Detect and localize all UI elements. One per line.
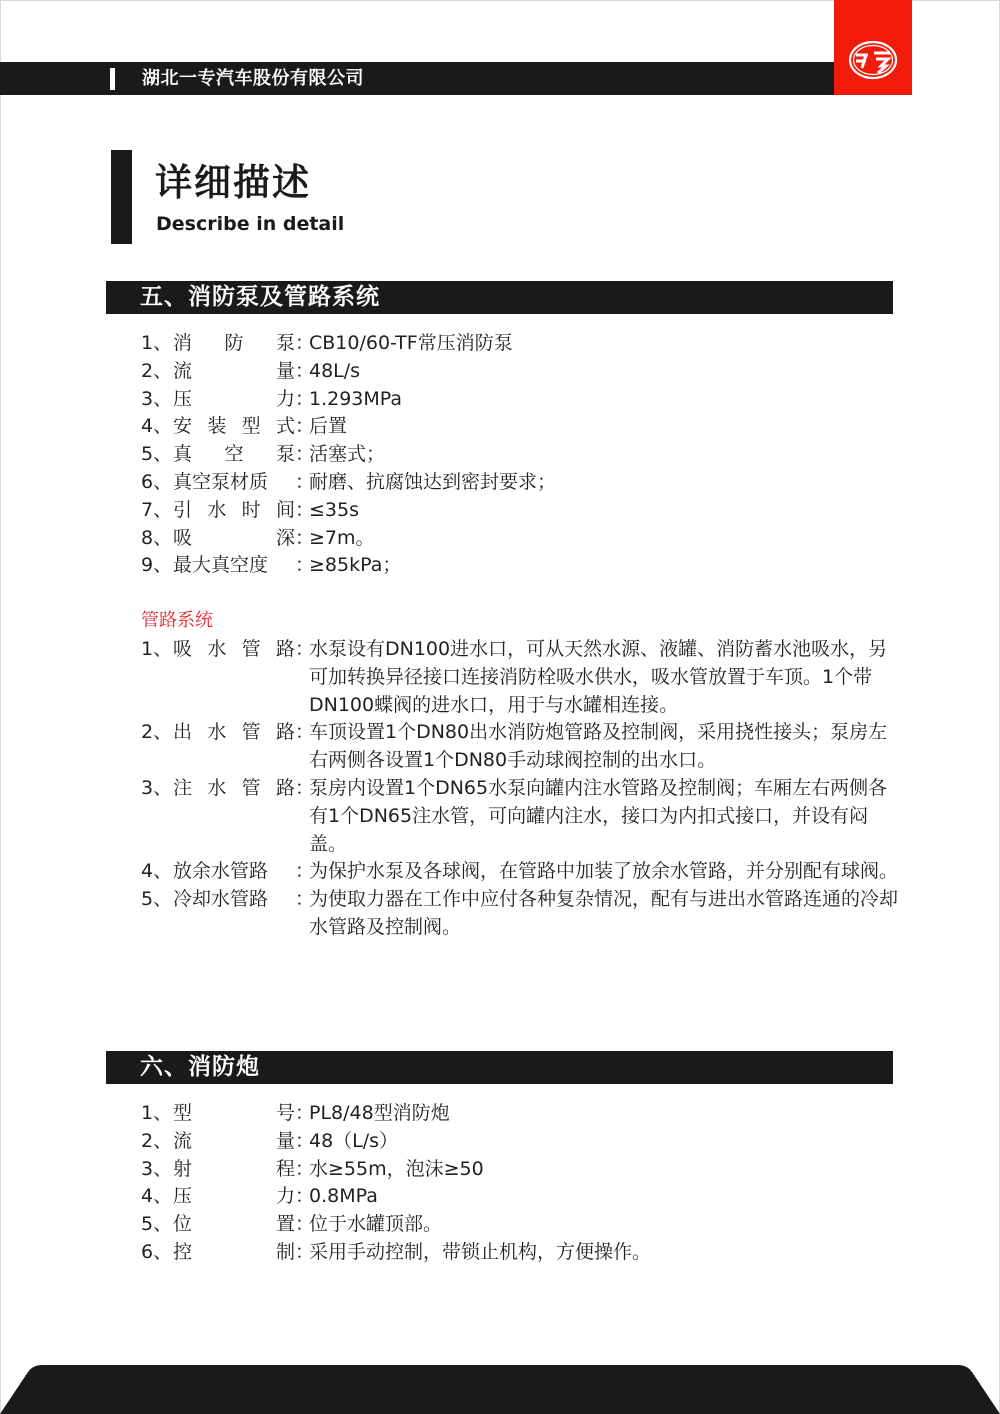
spec-label-char: 制 xyxy=(276,1239,295,1267)
spec-number: 6、 xyxy=(141,1239,173,1267)
spec-value: 活塞式； xyxy=(309,441,385,469)
spec-label: 压力 xyxy=(173,1183,295,1211)
spec-number: 6、 xyxy=(141,469,173,497)
spec-label-char: 流 xyxy=(173,1128,192,1156)
spec-row: 3、注水管路：泵房内设置1个DN65水泵向罐内注水管路及控制阀；车厢左右两侧各有… xyxy=(141,775,903,858)
spec-label-char: 位 xyxy=(173,1211,192,1239)
spec-number: 1、 xyxy=(141,636,173,719)
spec-label: 型号 xyxy=(173,1100,295,1128)
spec-value: 1.293MPa xyxy=(309,386,402,414)
spec-label-char: 防 xyxy=(224,330,243,358)
spec-colon: ： xyxy=(295,886,309,942)
spec-colon: ： xyxy=(295,636,309,719)
spec-value: 水≥55m，泡沫≥50 xyxy=(309,1156,484,1184)
spec-row: 2、流量：48（L/s） xyxy=(141,1128,651,1156)
spec-row: 3、射程：水≥55m，泡沫≥50 xyxy=(141,1156,651,1184)
spec-label-char: 泵 xyxy=(276,330,295,358)
spec-label-char: 型 xyxy=(173,1100,192,1128)
spec-label-char: 消 xyxy=(173,330,192,358)
section-heading-fire-cannon: 六、消防炮 xyxy=(106,1051,893,1084)
spec-label-char: 力 xyxy=(276,1183,295,1211)
spec-label-char: 程 xyxy=(276,1156,295,1184)
page-subtitle: Describe in detail xyxy=(156,211,344,237)
spec-label-char: 间 xyxy=(276,497,295,525)
spec-label-char: 放余水管路 xyxy=(173,858,268,886)
spec-colon: ： xyxy=(295,497,309,525)
pipe-system-heading: 管路系统 xyxy=(141,609,213,633)
spec-number: 4、 xyxy=(141,413,173,441)
spec-colon: ： xyxy=(295,441,309,469)
spec-colon: ： xyxy=(295,469,309,497)
logo-block xyxy=(834,0,912,95)
spec-label-char: 冷却水管路 xyxy=(173,886,268,942)
spec-value: CB10/60-TF常压消防泵 xyxy=(309,330,513,358)
page-title: 详细描述 xyxy=(155,160,311,206)
spec-number: 2、 xyxy=(141,719,173,775)
spec-value: 水泵设有DN100进水口，可从天然水源、液罐、消防蓄水池吸水，另可加转换异径接口… xyxy=(309,636,903,719)
spec-number: 5、 xyxy=(141,886,173,942)
spec-value: 48（L/s） xyxy=(309,1128,398,1156)
spec-row: 1、吸水管路：水泵设有DN100进水口，可从天然水源、液罐、消防蓄水池吸水，另可… xyxy=(141,636,903,719)
pump-spec-list: 1、消防泵：CB10/60-TF常压消防泵2、流量：48L/s3、压力：1.29… xyxy=(141,330,556,580)
spec-value: ≥85kPa； xyxy=(309,552,401,580)
spec-label-char: 号 xyxy=(276,1100,295,1128)
spec-label-char: 型 xyxy=(242,413,261,441)
spec-row: 7、引水时间：≤35s xyxy=(141,497,556,525)
spec-colon: ： xyxy=(295,1156,309,1184)
spec-label: 最大真空度 xyxy=(173,552,295,580)
spec-number: 2、 xyxy=(141,358,173,386)
spec-number: 2、 xyxy=(141,1128,173,1156)
spec-label: 真空泵 xyxy=(173,441,295,469)
spec-label-char: 吸 xyxy=(173,636,192,719)
spec-row: 6、真空泵材质：耐磨、抗腐蚀达到密封要求； xyxy=(141,469,556,497)
company-name: 湖北一专汽车股份有限公司 xyxy=(142,67,364,91)
spec-value: 0.8MPa xyxy=(309,1183,378,1211)
header-bar: 湖北一专汽车股份有限公司 xyxy=(0,62,836,95)
spec-value: 为保护水泵及各球阀，在管路中加装了放余水管路，并分别配有球阀。 xyxy=(309,858,903,886)
spec-number: 5、 xyxy=(141,1211,173,1239)
spec-label-char: 水 xyxy=(207,636,226,719)
spec-colon: ： xyxy=(295,552,309,580)
spec-label-char: 控 xyxy=(173,1239,192,1267)
spec-number: 1、 xyxy=(141,330,173,358)
spec-label-char: 压 xyxy=(173,1183,192,1211)
spec-colon: ： xyxy=(295,858,309,886)
spec-label-char: 管 xyxy=(242,775,261,858)
spec-label-char: 安 xyxy=(173,413,192,441)
spec-colon: ： xyxy=(295,1128,309,1156)
spec-label-char: 压 xyxy=(173,386,192,414)
spec-colon: ： xyxy=(295,1211,309,1239)
spec-value: 车顶设置1个DN80出水消防炮管路及控制阀，采用挠性接头；泵房左右两侧各设置1个… xyxy=(309,719,903,775)
spec-number: 3、 xyxy=(141,386,173,414)
spec-number: 5、 xyxy=(141,441,173,469)
spec-label: 流量 xyxy=(173,358,295,386)
spec-label-char: 量 xyxy=(276,1128,295,1156)
spec-row: 5、位置：位于水罐顶部。 xyxy=(141,1211,651,1239)
section-heading-text: 六、消防炮 xyxy=(140,1052,260,1082)
spec-row: 3、压力：1.293MPa xyxy=(141,386,556,414)
title-accent-bar xyxy=(111,150,132,244)
section-heading-text: 五、消防泵及管路系统 xyxy=(140,282,380,312)
spec-colon: ： xyxy=(295,386,309,414)
spec-label-char: 装 xyxy=(207,413,226,441)
spec-row: 1、型号：PL8/48型消防炮 xyxy=(141,1100,651,1128)
spec-colon: ： xyxy=(295,525,309,553)
spec-label: 流量 xyxy=(173,1128,295,1156)
spec-colon: ： xyxy=(295,1239,309,1267)
spec-label: 吸深 xyxy=(173,525,295,553)
spec-value: ≥7m。 xyxy=(309,525,375,553)
spec-value: 后置 xyxy=(309,413,347,441)
spec-row: 5、真空泵：活塞式； xyxy=(141,441,556,469)
spec-row: 1、消防泵：CB10/60-TF常压消防泵 xyxy=(141,330,556,358)
pipe-spec-list: 1、吸水管路：水泵设有DN100进水口，可从天然水源、液罐、消防蓄水池吸水，另可… xyxy=(141,636,903,942)
spec-label-char: 管 xyxy=(242,636,261,719)
spec-label-char: 射 xyxy=(173,1156,192,1184)
spec-number: 7、 xyxy=(141,497,173,525)
spec-label-char: 最大真空度 xyxy=(173,552,268,580)
footer-band xyxy=(0,1364,1000,1414)
spec-label: 压力 xyxy=(173,386,295,414)
spec-label-char: 真空泵材质 xyxy=(173,469,268,497)
spec-label-char: 量 xyxy=(276,358,295,386)
spec-label-char: 出 xyxy=(173,719,192,775)
spec-label-char: 管 xyxy=(242,719,261,775)
spec-number: 1、 xyxy=(141,1100,173,1128)
spec-row: 2、出水管路：车顶设置1个DN80出水消防炮管路及控制阀，采用挠性接头；泵房左右… xyxy=(141,719,903,775)
spec-label: 位置 xyxy=(173,1211,295,1239)
spec-label-char: 真 xyxy=(173,441,192,469)
spec-label-char: 式 xyxy=(276,413,295,441)
spec-label-char: 注 xyxy=(173,775,192,858)
spec-label-char: 时 xyxy=(242,497,261,525)
spec-value: 采用手动控制，带锁止机构，方便操作。 xyxy=(309,1239,651,1267)
spec-colon: ： xyxy=(295,775,309,858)
spec-label: 冷却水管路 xyxy=(173,886,295,942)
spec-label: 消防泵 xyxy=(173,330,295,358)
cannon-spec-list: 1、型号：PL8/48型消防炮2、流量：48（L/s）3、射程：水≥55m，泡沫… xyxy=(141,1100,651,1267)
spec-label: 真空泵材质 xyxy=(173,469,295,497)
spec-label: 吸水管路 xyxy=(173,636,295,719)
spec-value: 48L/s xyxy=(309,358,360,386)
spec-value: 耐磨、抗腐蚀达到密封要求； xyxy=(309,469,556,497)
spec-row: 5、冷却水管路：为使取力器在工作中应付各种复杂情况，配有与进出水管路连通的冷却水… xyxy=(141,886,903,942)
spec-label: 注水管路 xyxy=(173,775,295,858)
spec-colon: ： xyxy=(295,1100,309,1128)
spec-label-char: 路 xyxy=(276,775,295,858)
spec-row: 4、压力：0.8MPa xyxy=(141,1183,651,1211)
spec-label-char: 路 xyxy=(276,636,295,719)
spec-label: 出水管路 xyxy=(173,719,295,775)
spec-label-char: 深 xyxy=(276,525,295,553)
spec-label-char: 置 xyxy=(276,1211,295,1239)
spec-label-char: 水 xyxy=(207,497,226,525)
spec-value: 泵房内设置1个DN65水泵向罐内注水管路及控制阀；车厢左右两侧各有1个DN65注… xyxy=(309,775,903,858)
company-logo-icon xyxy=(848,40,898,80)
spec-row: 9、最大真空度：≥85kPa； xyxy=(141,552,556,580)
spec-row: 4、安装型式：后置 xyxy=(141,413,556,441)
section-heading-fire-pump: 五、消防泵及管路系统 xyxy=(106,281,893,314)
spec-value: 位于水罐顶部。 xyxy=(309,1211,442,1239)
spec-label: 引水时间 xyxy=(173,497,295,525)
spec-value: 为使取力器在工作中应付各种复杂情况，配有与进出水管路连通的冷却水管路及控制阀。 xyxy=(309,886,903,942)
spec-label-char: 水 xyxy=(207,775,226,858)
spec-number: 3、 xyxy=(141,1156,173,1184)
spec-colon: ： xyxy=(295,719,309,775)
spec-colon: ： xyxy=(295,358,309,386)
spec-label-char: 泵 xyxy=(276,441,295,469)
spec-number: 4、 xyxy=(141,1183,173,1211)
spec-row: 6、控制：采用手动控制，带锁止机构，方便操作。 xyxy=(141,1239,651,1267)
spec-row: 2、流量：48L/s xyxy=(141,358,556,386)
spec-label-char: 流 xyxy=(173,358,192,386)
spec-label: 放余水管路 xyxy=(173,858,295,886)
spec-label-char: 水 xyxy=(207,719,226,775)
header-accent-mark xyxy=(110,68,115,90)
spec-label: 安装型式 xyxy=(173,413,295,441)
spec-label-char: 路 xyxy=(276,719,295,775)
spec-colon: ： xyxy=(295,1183,309,1211)
spec-label-char: 吸 xyxy=(173,525,192,553)
spec-colon: ： xyxy=(295,413,309,441)
spec-row: 8、吸深：≥7m。 xyxy=(141,525,556,553)
spec-colon: ： xyxy=(295,330,309,358)
spec-label-char: 力 xyxy=(276,386,295,414)
spec-label: 控制 xyxy=(173,1239,295,1267)
spec-value: ≤35s xyxy=(309,497,359,525)
spec-label-char: 引 xyxy=(173,497,192,525)
spec-label-char: 空 xyxy=(224,441,243,469)
spec-number: 4、 xyxy=(141,858,173,886)
spec-number: 8、 xyxy=(141,525,173,553)
spec-value: PL8/48型消防炮 xyxy=(309,1100,450,1128)
spec-label: 射程 xyxy=(173,1156,295,1184)
spec-number: 3、 xyxy=(141,775,173,858)
spec-number: 9、 xyxy=(141,552,173,580)
spec-row: 4、放余水管路：为保护水泵及各球阀，在管路中加装了放余水管路，并分别配有球阀。 xyxy=(141,858,903,886)
